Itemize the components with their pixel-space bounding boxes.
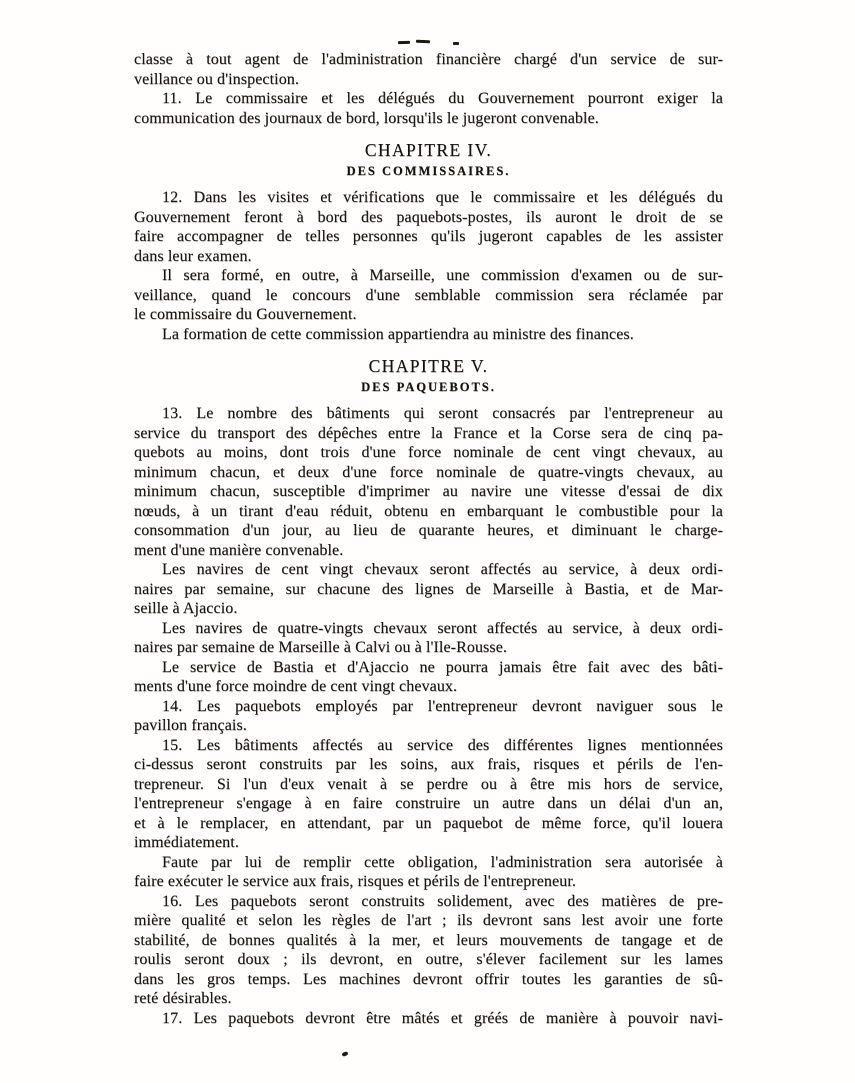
text-line: Gouvernement feront à bord des paquebots… xyxy=(134,208,723,228)
text-line: 15. Les bâtiments affectés au service de… xyxy=(134,736,723,756)
scan-dash-icon xyxy=(398,41,410,44)
article-13-alinea-2: Les navires de cent vingt chevaux seront… xyxy=(134,560,723,619)
text-line: Les navires de cent vingt chevaux seront… xyxy=(134,560,723,580)
text-line: 17. Les paquebots devront être mâtés et … xyxy=(134,1009,723,1029)
article-15-alinea-2: Faute par lui de remplir cette obligatio… xyxy=(134,853,723,892)
article-14: 14. Les paquebots employés par l'entrepr… xyxy=(134,697,723,736)
article-15: 15. Les bâtiments affectés au service de… xyxy=(134,736,723,853)
article-12: 12. Dans les visites et vérifications qu… xyxy=(134,188,723,266)
chapter-4-subtitle: DES COMMISSAIRES. xyxy=(134,164,723,179)
text-line: Les navires de quatre-vingts chevaux ser… xyxy=(134,619,723,639)
paragraph-continuation-surveillance: classe à tout agent de l'administration … xyxy=(134,50,723,89)
text-line: 11. Le commissaire et les délégués du Go… xyxy=(134,89,723,109)
text-line: ci-dessus seront construits par les soin… xyxy=(134,755,723,775)
text-line: mière qualité et selon les règles de l'a… xyxy=(134,911,723,931)
article-12-alinea-2: Il sera formé, en outre, à Marseille, un… xyxy=(134,266,723,325)
text-line: La formation de cette commission apparti… xyxy=(134,325,723,345)
text-line: pavillon français. xyxy=(134,716,723,736)
text-line: faire accompagner de telles personnes qu… xyxy=(134,227,723,247)
text-line: ments d'une force moindre de cent vingt … xyxy=(134,677,723,697)
text-line: 14. Les paquebots employés par l'entrepr… xyxy=(134,697,723,717)
article-17: 17. Les paquebots devront être mâtés et … xyxy=(134,1009,723,1029)
page-text-block: classe à tout agent de l'administration … xyxy=(134,50,723,1028)
text-line: le commissaire du Gouvernement. xyxy=(134,305,723,325)
article-12-alinea-3: La formation de cette commission apparti… xyxy=(134,325,723,345)
text-line: quebots au moins, dont trois d'une force… xyxy=(134,443,723,463)
text-line: stabilité, de bonnes qualités à la mer, … xyxy=(134,931,723,951)
text-line: naires par semaine, sur chacune des lign… xyxy=(134,580,723,600)
text-line: Le service de Bastia et d'Ajaccio ne pou… xyxy=(134,658,723,678)
text-line: faire exécuter le service aux frais, ris… xyxy=(134,872,723,892)
text-line: nœuds, à un tirant d'eau réduit, obtenu … xyxy=(134,502,723,522)
text-line: minimum chacun, et deux d'une force nomi… xyxy=(134,463,723,483)
text-line: 13. Le nombre des bâtiments qui seront c… xyxy=(134,404,723,424)
text-line: ment d'une manière convenable. xyxy=(134,541,723,561)
article-16: 16. Les paquebots seront construits soli… xyxy=(134,892,723,1009)
text-line: service du transport des dépêches entre … xyxy=(134,424,723,444)
text-line: communication des journaux de bord, lors… xyxy=(134,109,723,129)
text-line: 12. Dans les visites et vérifications qu… xyxy=(134,188,723,208)
text-line: dans les gros temps. Les machines devron… xyxy=(134,970,723,990)
text-line: minimum chacun, susceptible d'imprimer a… xyxy=(134,482,723,502)
article-13-alinea-4: Le service de Bastia et d'Ajaccio ne pou… xyxy=(134,658,723,697)
text-line: veillance ou d'inspection. xyxy=(134,70,723,90)
text-line: 16. Les paquebots seront construits soli… xyxy=(134,892,723,912)
text-line: reté désirables. xyxy=(134,989,723,1009)
text-line: consommation d'un jour, au lieu de quara… xyxy=(134,521,723,541)
text-line: veillance, quand le concours d'une sembl… xyxy=(134,286,723,306)
article-13-alinea-3: Les navires de quatre-vingts chevaux ser… xyxy=(134,619,723,658)
text-line: seille à Ajaccio. xyxy=(134,599,723,619)
text-line: classe à tout agent de l'administration … xyxy=(134,50,723,70)
text-line: naires par semaine de Marseille à Calvi … xyxy=(134,638,723,658)
text-line: trepreneur. Si l'un d'eux venait à se pe… xyxy=(134,775,723,795)
chapter-5-heading: CHAPITRE V. xyxy=(134,356,723,377)
chapter-5-subtitle: DES PAQUEBOTS. xyxy=(134,380,723,395)
text-line: Il sera formé, en outre, à Marseille, un… xyxy=(134,266,723,286)
scan-dash-icon xyxy=(416,40,430,43)
text-line: dans leur examen. xyxy=(134,247,723,267)
text-line: immédiatement. xyxy=(134,833,723,853)
text-line: et à le remplacer, en attendant, par un … xyxy=(134,814,723,834)
scanned-book-page: classe à tout agent de l'administration … xyxy=(0,0,855,1083)
text-line: l'entrepreneur s'engage à en faire const… xyxy=(134,794,723,814)
article-13: 13. Le nombre des bâtiments qui seront c… xyxy=(134,404,723,560)
text-line: Faute par lui de remplir cette obligatio… xyxy=(134,853,723,873)
article-11: 11. Le commissaire et les délégués du Go… xyxy=(134,89,723,128)
ink-speck-icon xyxy=(342,1051,349,1056)
scan-dash-icon xyxy=(453,42,459,45)
text-line: roulis seront doux ; ils devront, en out… xyxy=(134,950,723,970)
chapter-4-heading: CHAPITRE IV. xyxy=(134,140,723,161)
